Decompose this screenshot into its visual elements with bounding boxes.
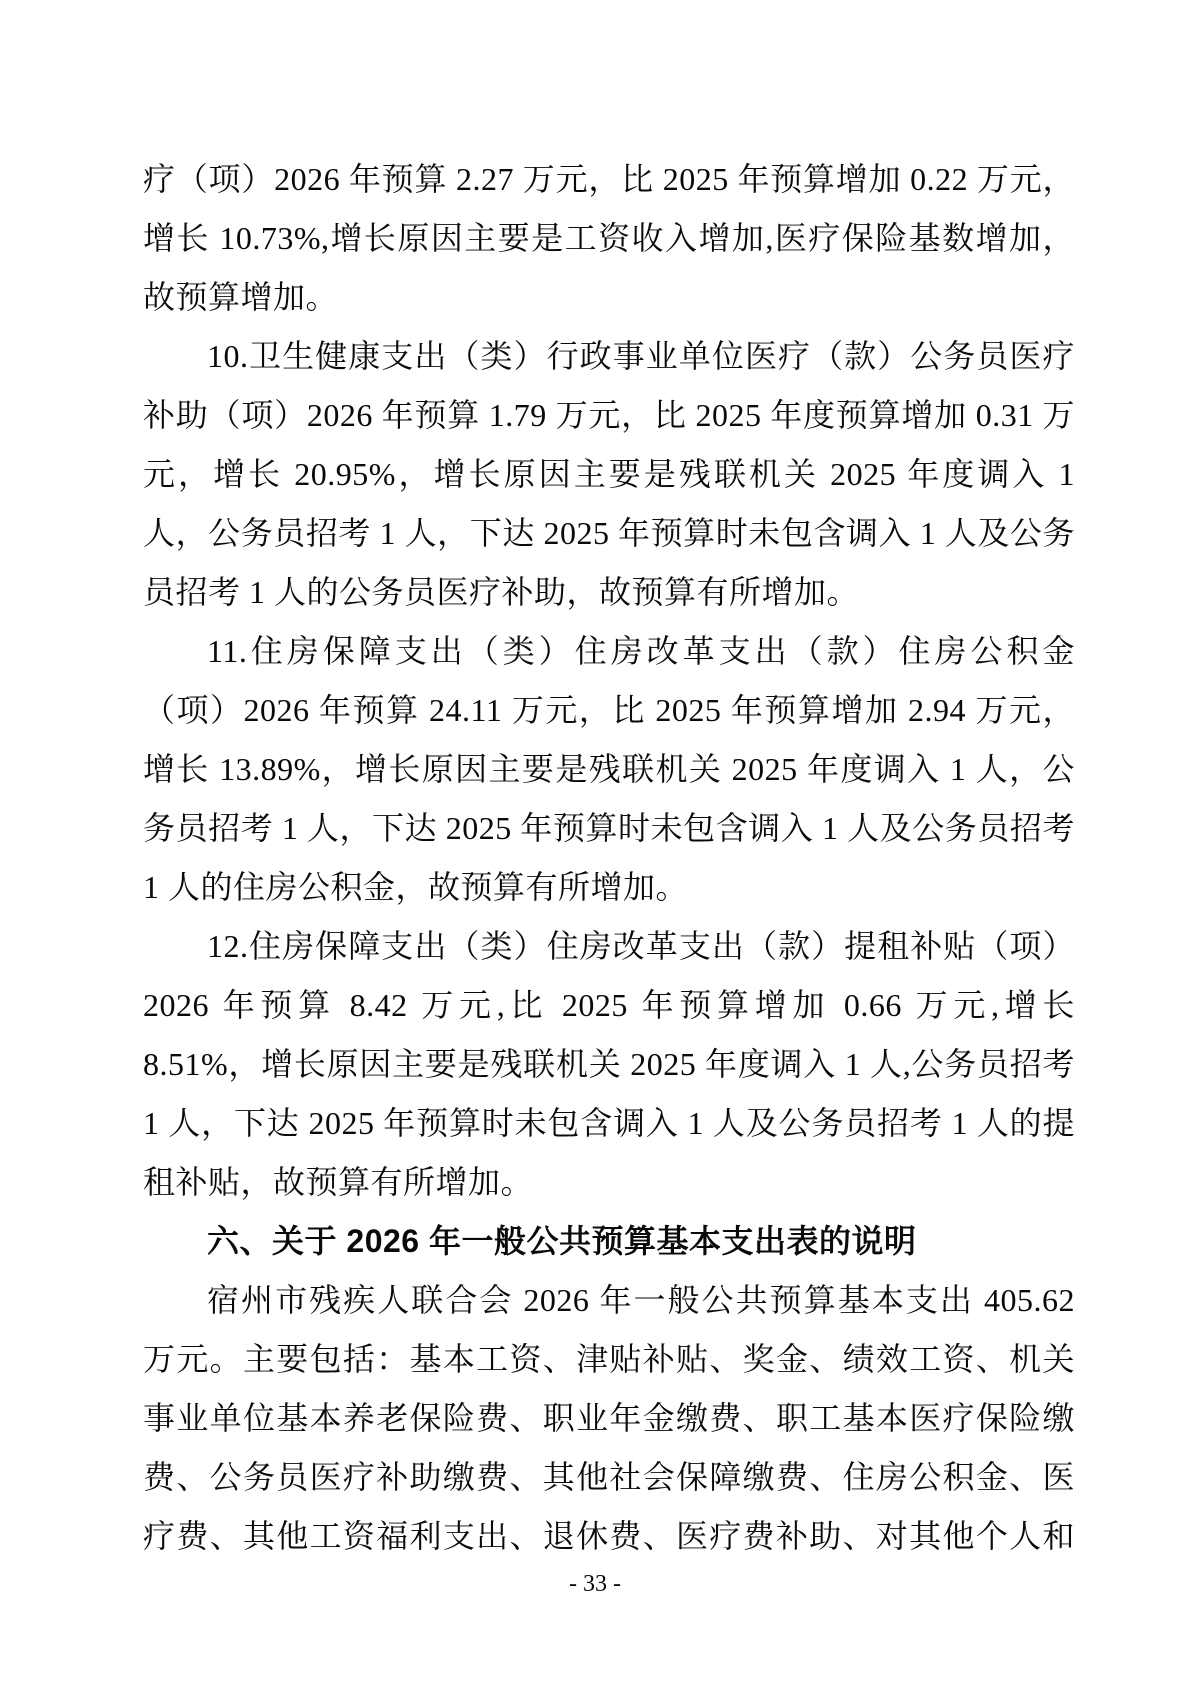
page-number: - 33 - bbox=[0, 1568, 1190, 1600]
document-page: 疗（项）2026 年预算 2.27 万元，比 2025 年预算增加 0.22 万… bbox=[0, 0, 1190, 1683]
para-11-housing-provident-fund: 11.住房保障支出（类）住房改革支出（款）住房公积金（项）2026 年预算 24… bbox=[143, 622, 1075, 917]
para-9-medical-insurance-continued: 疗（项）2026 年预算 2.27 万元，比 2025 年预算增加 0.22 万… bbox=[143, 150, 1075, 327]
para-12-rent-subsidy: 12.住房保障支出（类）住房改革支出（款）提租补贴（项）2026 年预算 8.4… bbox=[143, 917, 1075, 1212]
para-basic-expenditure-summary: 宿州市残疾人联合会 2026 年一般公共预算基本支出 405.62 万元。主要包… bbox=[143, 1271, 1075, 1566]
document-body: 疗（项）2026 年预算 2.27 万元，比 2025 年预算增加 0.22 万… bbox=[143, 150, 1075, 1566]
heading-section-6-basic-expenditure: 六、关于 2026 年一般公共预算基本支出表的说明 bbox=[143, 1212, 1075, 1271]
para-10-civil-servant-medical-subsidy: 10.卫生健康支出（类）行政事业单位医疗（款）公务员医疗补助（项）2026 年预… bbox=[143, 327, 1075, 622]
